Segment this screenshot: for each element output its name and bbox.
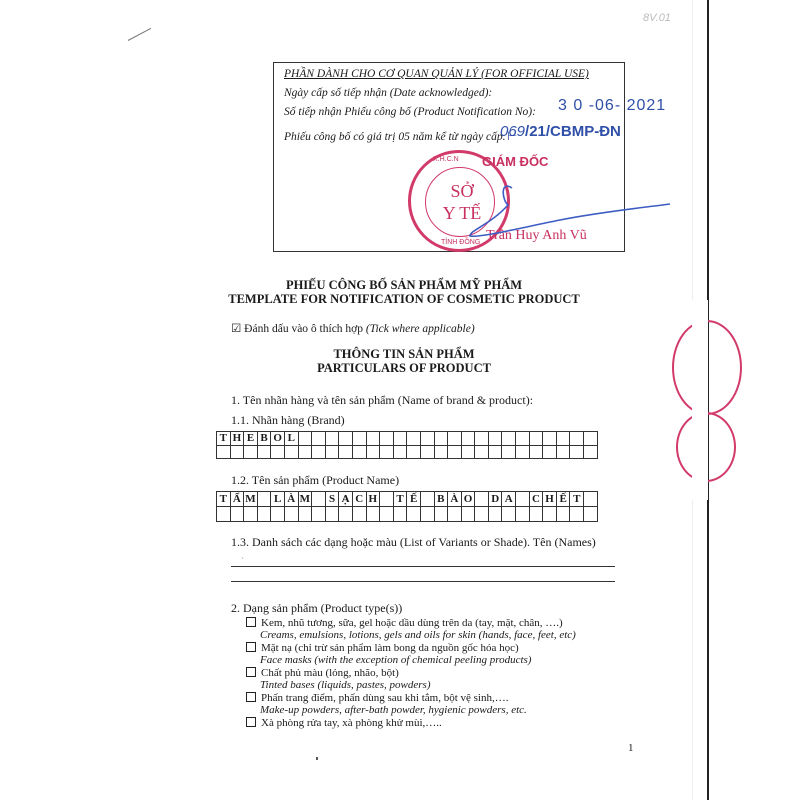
- section-title-en: PARTICULARS OF PRODUCT: [0, 361, 800, 376]
- grid-cell[interactable]: [420, 445, 434, 459]
- grid-cell[interactable]: [407, 445, 421, 459]
- grid-cell[interactable]: [556, 445, 570, 459]
- brand-label: 1.1. Nhãn hàng (Brand): [231, 413, 345, 428]
- grid-cell[interactable]: [339, 432, 353, 446]
- grid-cell[interactable]: S: [325, 492, 339, 507]
- grid-cell[interactable]: [393, 507, 407, 522]
- grid-cell[interactable]: [244, 507, 258, 522]
- checkbox-icon[interactable]: [246, 642, 256, 652]
- page-gap: [692, 300, 708, 500]
- corner-note: 8V.01: [643, 12, 671, 24]
- grid-cell[interactable]: [516, 445, 530, 459]
- tick-instruction-en: (Tick where applicable): [366, 323, 475, 335]
- grid-cell[interactable]: B: [434, 492, 448, 507]
- grid-cell[interactable]: H: [230, 432, 244, 446]
- grid-cell[interactable]: [420, 492, 434, 507]
- date-acknowledged-value: 3 0 -06- 2021: [558, 97, 666, 115]
- grid-cell[interactable]: À: [448, 492, 462, 507]
- grid-cell[interactable]: [298, 445, 312, 459]
- grid-cell[interactable]: [570, 445, 584, 459]
- grid-cell[interactable]: M: [244, 492, 258, 507]
- grid-cell[interactable]: [312, 445, 326, 459]
- seal-rim-top: X.H.C.N: [433, 156, 459, 163]
- grid-cell[interactable]: [475, 432, 489, 446]
- grid-cell[interactable]: [366, 507, 380, 522]
- grid-cell[interactable]: [584, 445, 598, 459]
- grid-cell[interactable]: Ế: [407, 492, 421, 507]
- grid-cell[interactable]: [312, 432, 326, 446]
- grid-cell[interactable]: [339, 445, 353, 459]
- grid-cell[interactable]: [366, 432, 380, 446]
- notification-number-prefix: 069: [500, 123, 525, 140]
- scan-speck: [316, 757, 318, 760]
- grid-cell[interactable]: O: [271, 432, 285, 446]
- grid-cell[interactable]: [434, 507, 448, 522]
- grid-cell[interactable]: [298, 507, 312, 522]
- grid-cell[interactable]: [488, 432, 502, 446]
- variants-input-line-1[interactable]: [231, 566, 615, 567]
- brand-grid[interactable]: THEBOL: [216, 431, 598, 459]
- grid-cell[interactable]: [339, 507, 353, 522]
- grid-cell[interactable]: [543, 507, 557, 522]
- notification-number-value: 069/21/CBMP-ĐN: [500, 123, 621, 140]
- grid-cell[interactable]: [448, 432, 462, 446]
- notification-number-suffix: /21/CBMP-ĐN: [525, 123, 621, 140]
- grid-cell[interactable]: [516, 432, 530, 446]
- grid-cell[interactable]: [516, 492, 530, 507]
- grid-cell[interactable]: [298, 432, 312, 446]
- grid-cell[interactable]: [380, 507, 394, 522]
- question-1-label: 1. Tên nhãn hàng và tên sản phẩm (Name o…: [231, 393, 533, 408]
- grid-cell[interactable]: Ế: [556, 492, 570, 507]
- product-type-option[interactable]: Xà phòng rửa tay, xà phòng khử mùi,…..: [246, 717, 442, 729]
- grid-cell[interactable]: A: [502, 492, 516, 507]
- grid-cell[interactable]: [502, 507, 516, 522]
- brand-row-filled[interactable]: THEBOL: [217, 432, 598, 446]
- grid-cell[interactable]: [543, 432, 557, 446]
- product-row-filled[interactable]: TẨMLÀMSẠCHTẾBÀODACHẾT: [217, 492, 598, 507]
- option-label-en: Creams, emulsions, lotions, gels and oil…: [260, 629, 576, 641]
- grid-cell[interactable]: [230, 507, 244, 522]
- stray-mark: ˋ: [241, 556, 244, 566]
- grid-cell[interactable]: [420, 432, 434, 446]
- product-name-label: 1.2. Tên sản phẩm (Product Name): [231, 473, 399, 488]
- grid-cell[interactable]: [217, 445, 231, 459]
- director-title: GIÁM ĐỐC: [482, 154, 548, 169]
- option-label-vi: Chất phủ màu (lỏng, nhão, bột): [261, 667, 399, 679]
- grid-cell[interactable]: [325, 445, 339, 459]
- checkbox-icon[interactable]: [246, 692, 256, 702]
- grid-cell[interactable]: [502, 432, 516, 446]
- grid-cell[interactable]: [380, 445, 394, 459]
- grid-cell[interactable]: [257, 507, 271, 522]
- official-use-title: PHẦN DÀNH CHO CƠ QUAN QUẢN LÝ (FOR OFFIC…: [284, 68, 589, 80]
- grid-cell[interactable]: [271, 507, 285, 522]
- option-label-vi: Xà phòng rửa tay, xà phòng khử mùi,…..: [261, 717, 442, 729]
- grid-cell[interactable]: [312, 492, 326, 507]
- grid-cell[interactable]: [475, 492, 489, 507]
- product-type-option[interactable]: Kem, nhũ tương, sữa, gel hoặc dầu dùng t…: [246, 617, 576, 641]
- variants-label: 1.3. Danh sách các dạng hoặc màu (List o…: [231, 535, 596, 550]
- grid-cell[interactable]: [556, 432, 570, 446]
- director-name: Trần Huy Anh Vũ: [486, 228, 587, 244]
- grid-cell[interactable]: [271, 445, 285, 459]
- product-type-option[interactable]: Mặt nạ (chỉ trừ sản phẩm làm bong da ngu…: [246, 642, 531, 666]
- pen-mark: [128, 28, 151, 41]
- grid-cell[interactable]: C: [352, 492, 366, 507]
- grid-cell[interactable]: O: [461, 492, 475, 507]
- checkbox-icon[interactable]: [246, 617, 256, 627]
- grid-cell[interactable]: [380, 492, 394, 507]
- grid-cell[interactable]: [584, 507, 598, 522]
- grid-cell[interactable]: [448, 507, 462, 522]
- grid-cell[interactable]: [516, 507, 530, 522]
- brand-row-empty[interactable]: [217, 445, 598, 459]
- grid-cell[interactable]: T: [217, 432, 231, 446]
- option-label-vi: Mặt nạ (chỉ trừ sản phẩm làm bong da ngu…: [261, 642, 519, 654]
- option-label-en: Tinted bases (liquids, pastes, powders): [260, 679, 431, 691]
- grid-cell[interactable]: [488, 445, 502, 459]
- grid-cell[interactable]: [529, 507, 543, 522]
- grid-cell[interactable]: [461, 507, 475, 522]
- grid-cell[interactable]: L: [284, 432, 298, 446]
- grid-cell[interactable]: B: [257, 432, 271, 446]
- grid-cell[interactable]: [420, 507, 434, 522]
- checkbox-icon[interactable]: [246, 717, 256, 727]
- grid-cell[interactable]: [543, 445, 557, 459]
- seal-inner-ring: [425, 167, 495, 237]
- grid-cell[interactable]: [284, 445, 298, 459]
- grid-cell[interactable]: [475, 507, 489, 522]
- grid-cell[interactable]: [570, 432, 584, 446]
- product-type-option[interactable]: Phấn trang điểm, phấn dùng sau khi tắm, …: [246, 692, 527, 716]
- checkbox-icon[interactable]: [246, 667, 256, 677]
- grid-cell[interactable]: [217, 507, 231, 522]
- seal-text-so: SỞ: [411, 181, 513, 202]
- option-label-en: Make-up powders, after-bath powder, hygi…: [260, 704, 527, 716]
- grid-cell[interactable]: [502, 445, 516, 459]
- grid-cell[interactable]: [584, 492, 598, 507]
- grid-cell[interactable]: [312, 507, 326, 522]
- product-name-grid[interactable]: TẨMLÀMSẠCHTẾBÀODACHẾT: [216, 491, 598, 522]
- option-label-vi: Kem, nhũ tương, sữa, gel hoặc dầu dùng t…: [261, 617, 563, 629]
- grid-cell[interactable]: [407, 507, 421, 522]
- grid-cell[interactable]: M: [298, 492, 312, 507]
- grid-cell[interactable]: [352, 445, 366, 459]
- variants-input-line-2[interactable]: [231, 581, 615, 582]
- grid-cell[interactable]: [325, 507, 339, 522]
- tick-instruction-vi: ☑ Đánh dấu vào ô thích hợp: [231, 323, 366, 335]
- validity-label: Phiếu công bố có giá trị 05 năm kể từ ng…: [284, 131, 506, 143]
- page-number: 1: [628, 742, 634, 754]
- grid-cell[interactable]: L: [271, 492, 285, 507]
- grid-cell[interactable]: [257, 445, 271, 459]
- grid-cell[interactable]: [584, 432, 598, 446]
- grid-cell[interactable]: [529, 432, 543, 446]
- seal-text-yte: Y TẾ: [411, 203, 513, 224]
- grid-cell[interactable]: [570, 507, 584, 522]
- grid-cell[interactable]: C: [529, 492, 543, 507]
- grid-cell[interactable]: Ẩ: [230, 492, 244, 507]
- grid-cell[interactable]: [393, 432, 407, 446]
- grid-cell[interactable]: [325, 432, 339, 446]
- question-2-label: 2. Dạng sản phẩm (Product type(s)): [231, 601, 402, 616]
- grid-cell[interactable]: [475, 445, 489, 459]
- notification-number-label: Số tiếp nhận Phiếu công bố (Product Noti…: [284, 106, 536, 118]
- grid-cell[interactable]: [556, 507, 570, 522]
- grid-cell[interactable]: [461, 445, 475, 459]
- section-title-vi: THÔNG TIN SẢN PHẨM: [0, 347, 800, 362]
- grid-cell[interactable]: [284, 507, 298, 522]
- grid-cell[interactable]: [461, 432, 475, 446]
- grid-cell[interactable]: E: [244, 432, 258, 446]
- product-type-option[interactable]: Chất phủ màu (lỏng, nhão, bột)Tinted bas…: [246, 667, 431, 691]
- option-label-en: Face masks (with the exception of chemic…: [260, 654, 531, 666]
- grid-cell[interactable]: [257, 492, 271, 507]
- tick-instruction: ☑ Đánh dấu vào ô thích hợp (Tick where a…: [231, 321, 475, 335]
- seal-rim-bottom: TỈNH ĐỒNG: [441, 239, 480, 246]
- grid-cell[interactable]: [434, 445, 448, 459]
- grid-cell[interactable]: [434, 432, 448, 446]
- grid-cell[interactable]: [448, 445, 462, 459]
- option-label-vi: Phấn trang điểm, phấn dùng sau khi tắm, …: [261, 692, 508, 704]
- grid-cell[interactable]: [407, 432, 421, 446]
- document-title-en: TEMPLATE FOR NOTIFICATION OF COSMETIC PR…: [0, 292, 800, 307]
- grid-cell[interactable]: [244, 445, 258, 459]
- date-acknowledged-label: Ngày cấp số tiếp nhận (Date acknowledged…: [284, 87, 492, 99]
- grid-cell[interactable]: [366, 445, 380, 459]
- grid-cell[interactable]: Ạ: [339, 492, 353, 507]
- document-title-vi: PHIẾU CÔNG BỐ SẢN PHẨM MỸ PHẨM: [0, 278, 800, 293]
- grid-cell[interactable]: H: [543, 492, 557, 507]
- grid-cell[interactable]: [352, 507, 366, 522]
- grid-cell[interactable]: [230, 445, 244, 459]
- grid-cell[interactable]: D: [488, 492, 502, 507]
- grid-cell[interactable]: [488, 507, 502, 522]
- grid-cell[interactable]: T: [393, 492, 407, 507]
- grid-cell[interactable]: H: [366, 492, 380, 507]
- grid-cell[interactable]: T: [570, 492, 584, 507]
- grid-cell[interactable]: [380, 432, 394, 446]
- grid-cell[interactable]: [529, 445, 543, 459]
- grid-cell[interactable]: [393, 445, 407, 459]
- grid-cell[interactable]: T: [217, 492, 231, 507]
- grid-cell[interactable]: À: [284, 492, 298, 507]
- product-row-empty[interactable]: [217, 507, 598, 522]
- grid-cell[interactable]: [352, 432, 366, 446]
